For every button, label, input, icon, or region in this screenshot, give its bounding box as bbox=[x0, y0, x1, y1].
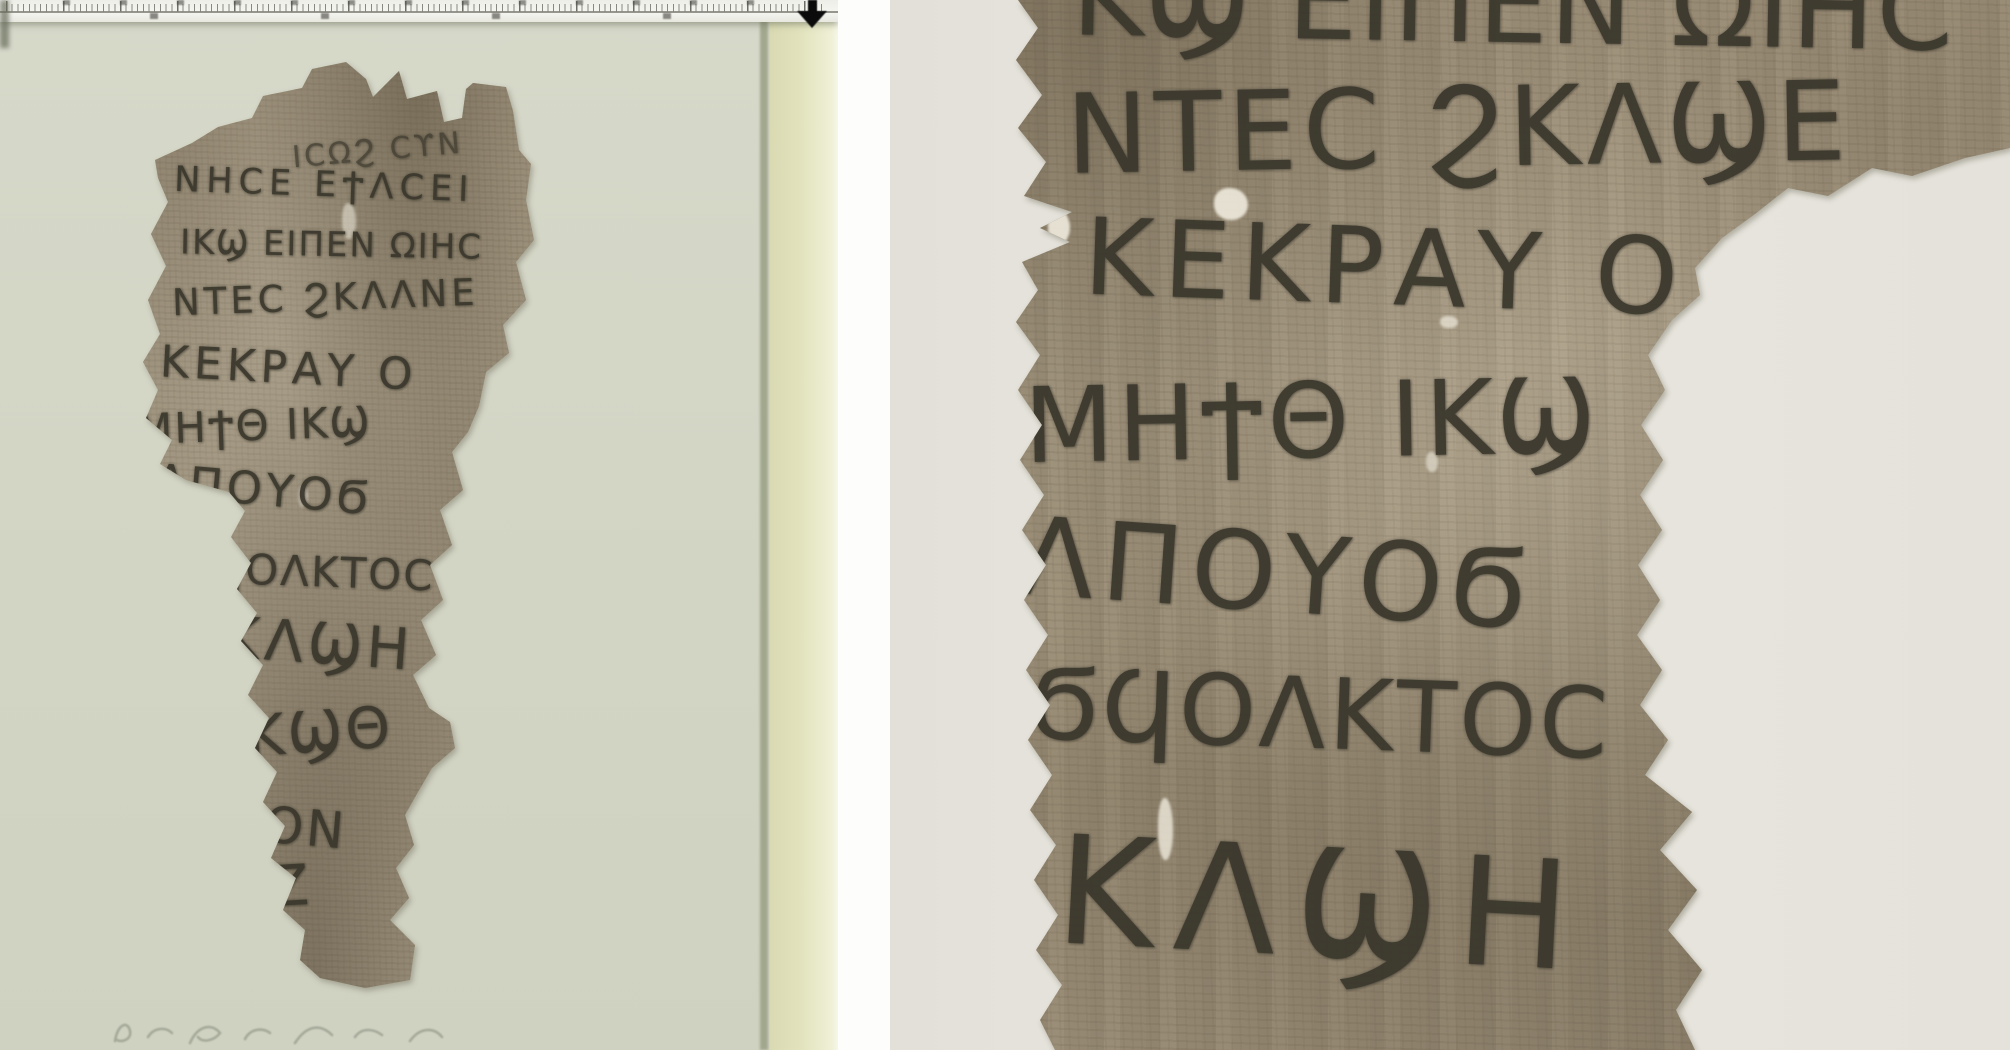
papyrus-text-line: ΙΚϢ ΕΙΠΕΝ ΩΙΗϹ bbox=[180, 222, 484, 267]
panel-divider bbox=[838, 0, 890, 1050]
ruler bbox=[0, 0, 838, 22]
pencil-annotation bbox=[70, 1013, 490, 1050]
papyrus-fragment-detail: ΚϢ ΕΙΠΕΝ ΩΙΗϹ ΝΤΕϹ ϨΚΛϢΕ ΚΕΚΡΑΥ Ο ΜΗϮΘ Ι… bbox=[1008, 0, 2010, 1050]
down-arrow-icon bbox=[797, 0, 827, 28]
papyrus-text-line: ΚΛϢΗ bbox=[1052, 804, 1594, 1006]
backing-sheet-edge bbox=[760, 16, 768, 1050]
papyrus-text-line: ΚΛϢΗ bbox=[220, 604, 417, 683]
papyrus-text-line: ϬϤΟΛΚΤΟϹ bbox=[179, 543, 435, 601]
papyrus-text-line: ΕΖ bbox=[230, 853, 313, 922]
papyrus-text-line: ΛΠΟΥΟϬ bbox=[1016, 494, 1538, 655]
papyrus-text-line: ΛΠΟΥΟϬ bbox=[152, 454, 374, 526]
left-photo-panel: ΙϹΩϨ ϹϒΝ ΝΗϹΕ ΕϮΛϹΕΙ ΙΚϢ ΕΙΠΕΝ ΩΙΗϹ ΝΤΕϹ… bbox=[0, 0, 838, 1050]
ruler-numbers bbox=[63, 0, 803, 5]
papyrus-text-line: ΜΗϮΘ ΙΚϢ bbox=[135, 397, 372, 454]
papyrus-text-line: ΝΤΕϹ ϨΚΛΛΝΕ bbox=[171, 271, 479, 325]
papyrus-text-line: ϬϤΟΛΚΤΟϹ bbox=[1028, 648, 1612, 782]
photo-corner-shade bbox=[0, 0, 9, 48]
papyrus-text-line: ΜΟΝ bbox=[216, 791, 349, 860]
damage-spot bbox=[1048, 210, 1070, 244]
down-arrow-head bbox=[797, 11, 827, 28]
right-photo-panel: ΚϢ ΕΙΠΕΝ ΩΙΗϹ ΝΤΕϹ ϨΚΛϢΕ ΚΕΚΡΑΥ Ο ΜΗϮΘ Ι… bbox=[890, 0, 2010, 1050]
papyrus-text-line: ΚΕΚΡΑΥ Ο bbox=[1082, 195, 1690, 339]
papyrus-comparison-image: ΙϹΩϨ ϹϒΝ ΝΗϹΕ ΕϮΛϹΕΙ ΙΚϢ ΕΙΠΕΝ ΩΙΗϹ ΝΤΕϹ… bbox=[0, 0, 2010, 1050]
backing-sheet-strip bbox=[769, 14, 838, 1050]
papyrus-text-line: ΝΗϹΕ ΕϮΛϹΕΙ bbox=[173, 160, 475, 210]
papyrus-text-line: ΝΤΕϹ ϨΚΛϢΕ bbox=[1065, 57, 1853, 199]
papyrus-text-line: ΜΗϮΘ ΙΚϢ bbox=[1023, 355, 1599, 487]
ruler-numbers bbox=[150, 13, 750, 19]
papyrus-fragment-full: ΙϹΩϨ ϹϒΝ ΝΗϹΕ ΕϮΛϹΕΙ ΙΚϢ ΕΙΠΕΝ ΩΙΗϹ ΝΤΕϹ… bbox=[130, 55, 540, 995]
papyrus-text-line: ΙΚϢΘ bbox=[224, 694, 396, 772]
papyrus-text-line: ΚΕΚΡΑΥ Ο bbox=[159, 336, 419, 400]
